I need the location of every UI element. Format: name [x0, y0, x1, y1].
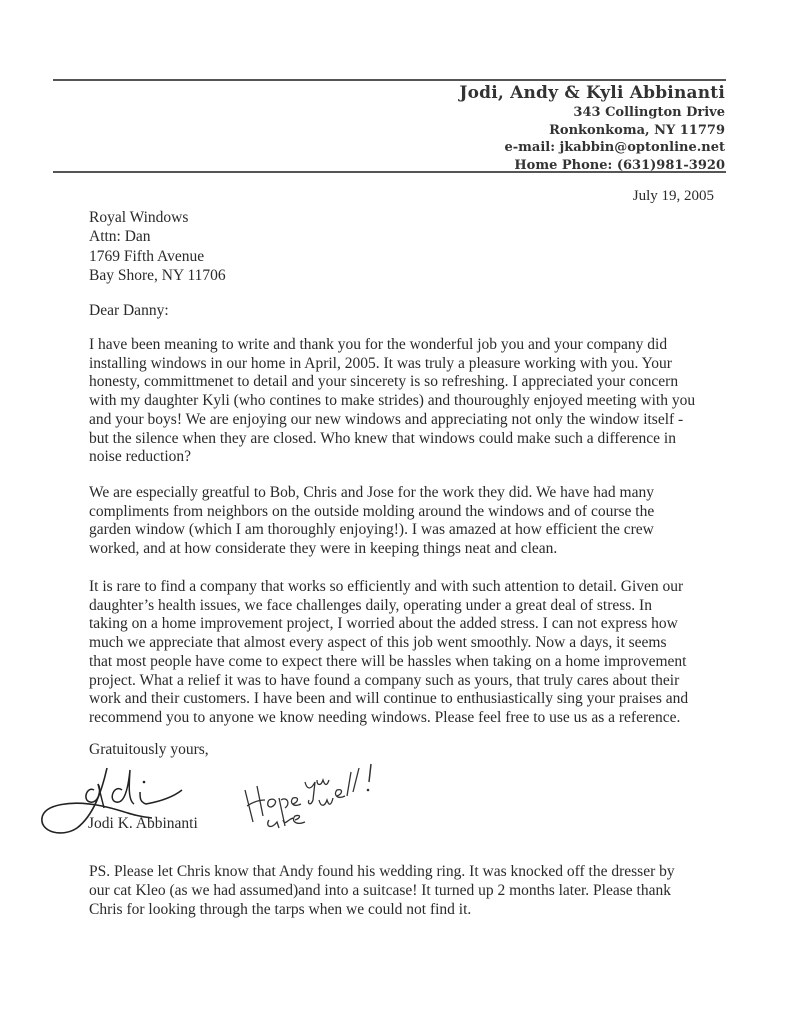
sender-city: Ronkonkoma, NY 11779: [459, 122, 725, 140]
recipient-city: Bay Shore, NY 11706: [89, 266, 226, 285]
closing: Gratuitously yours,: [89, 741, 209, 759]
text-line: Chris for looking through the tarps when…: [89, 900, 729, 919]
text-line: our cat Kleo (as we had assumed)and into…: [89, 881, 729, 900]
text-line: and your boys! We are enjoying our new w…: [89, 411, 729, 430]
text-line: work and their customers. I have been an…: [89, 690, 729, 709]
letter-date: July 19, 2005: [633, 188, 714, 205]
text-line: noise reduction?: [89, 448, 729, 467]
text-line: project. What a relief it was to have fo…: [89, 672, 729, 691]
text-line: taking on a home improvement project, I …: [89, 615, 729, 634]
sender-email: e-mail: jkabbin@optonline.net: [459, 139, 725, 157]
text-line: worked, and at how considerate they were…: [89, 540, 729, 559]
text-line: It is rare to find a company that works …: [89, 578, 729, 597]
letterhead-bottom-rule: [53, 171, 726, 173]
paragraph-3: It is rare to find a company that works …: [89, 578, 729, 728]
sender-address: 343 Collington Drive: [459, 104, 725, 122]
text-line: I have been meaning to write and thank y…: [89, 336, 729, 355]
recipient-street: 1769 Fifth Avenue: [89, 247, 226, 266]
paragraph-1: I have been meaning to write and thank y…: [89, 336, 729, 467]
text-line: but the silence when they are closed. Wh…: [89, 430, 729, 449]
recipient-attn: Attn: Dan: [89, 227, 226, 246]
text-line: recommend you to anyone we know needing …: [89, 709, 729, 728]
letterhead: Jodi, Andy & Kyli Abbinanti 343 Collingt…: [459, 82, 725, 174]
text-line: compliments from neighbors on the outsid…: [89, 503, 729, 522]
text-line: garden window (which I am thoroughly enj…: [89, 521, 729, 540]
postscript: PS. Please let Chris know that Andy foun…: [89, 862, 729, 919]
text-line: much we appreciate that almost every asp…: [89, 634, 729, 653]
text-line: with my daughter Kyli (who contines to m…: [89, 392, 729, 411]
handwritten-note: [235, 760, 395, 840]
letterhead-top-rule: [53, 79, 726, 81]
text-line: installing windows in our home in April,…: [89, 355, 729, 374]
text-line: We are especially greatful to Bob, Chris…: [89, 484, 729, 503]
text-line: that most people have come to expect the…: [89, 653, 729, 672]
printed-signer-name: Jodi K. Abbinanti: [88, 815, 198, 833]
paragraph-2: We are especially greatful to Bob, Chris…: [89, 484, 729, 559]
text-line: honesty, committmenet to detail and your…: [89, 373, 729, 392]
text-line: daughter’s health issues, we face challe…: [89, 597, 729, 616]
recipient-block: Royal Windows Attn: Dan 1769 Fifth Avenu…: [89, 208, 226, 285]
sender-names: Jodi, Andy & Kyli Abbinanti: [459, 82, 725, 104]
recipient-company: Royal Windows: [89, 208, 226, 227]
salutation: Dear Danny:: [89, 302, 169, 320]
text-line: PS. Please let Chris know that Andy foun…: [89, 862, 729, 881]
